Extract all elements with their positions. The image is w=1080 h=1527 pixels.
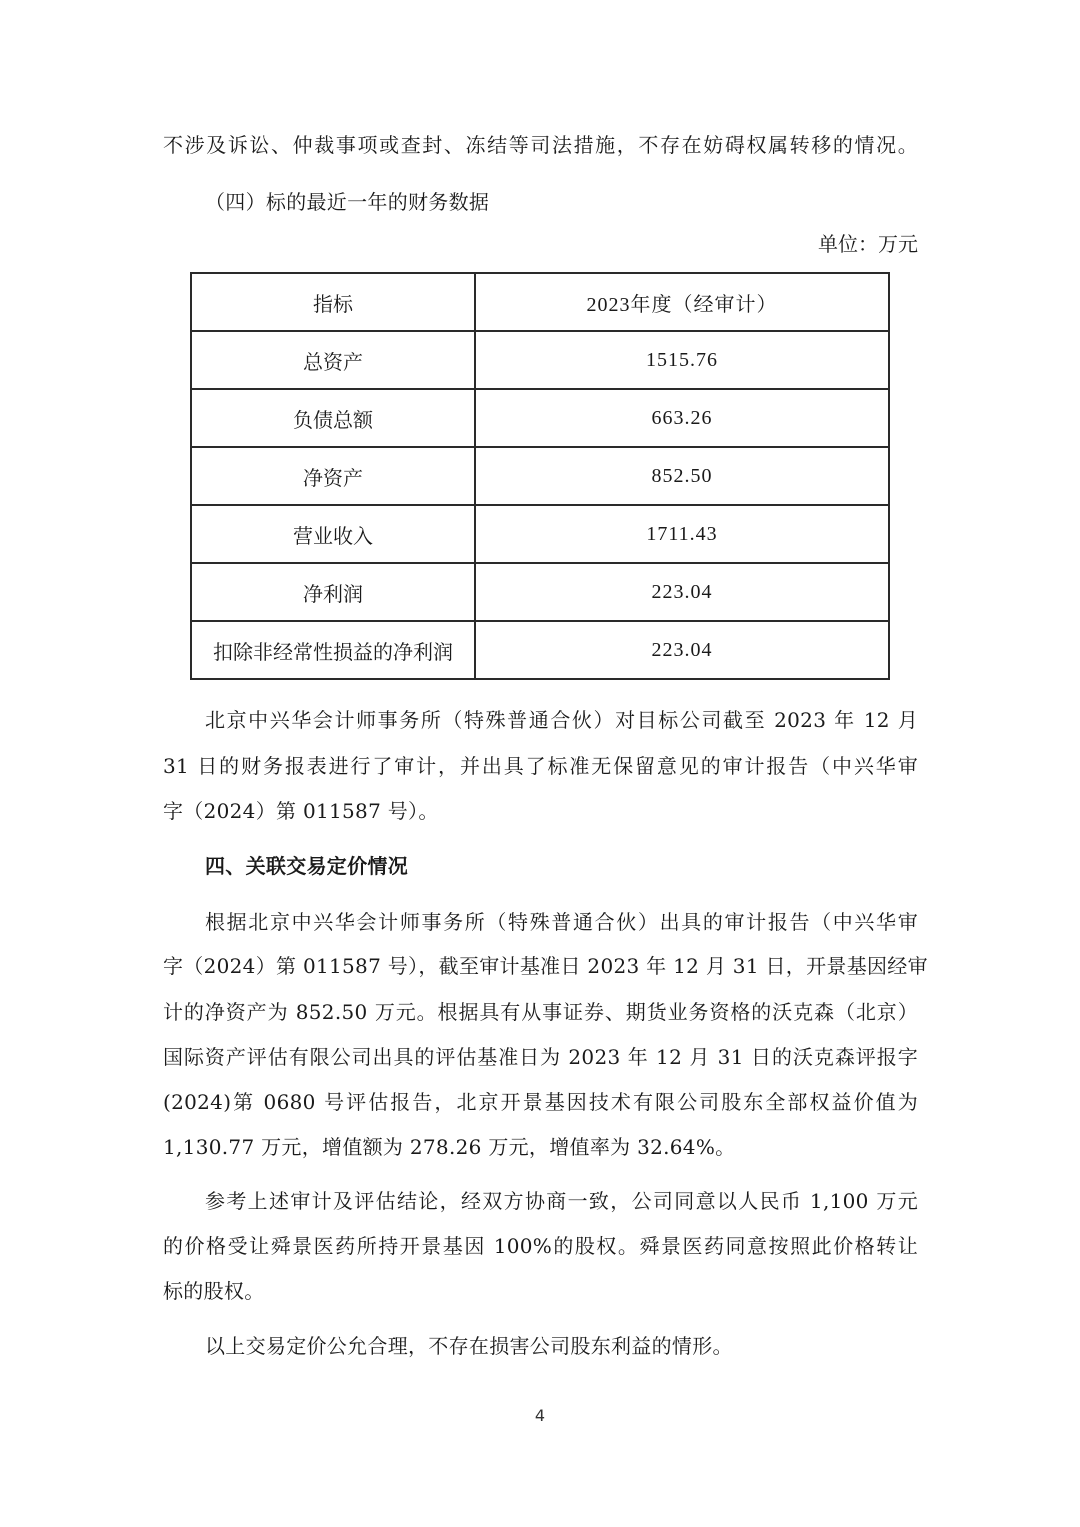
table-row: 净资产 852.50 <box>191 447 889 505</box>
row-value: 852.50 <box>475 447 889 505</box>
header-indicator: 指标 <box>191 273 475 331</box>
header-year: 2023年度（经审计） <box>475 273 889 331</box>
agreement-paragraph-line: 标的股权。 <box>163 1277 918 1305</box>
pricing-paragraph-line: 1,130.77 万元，增值额为 278.26 万元，增值率为 32.64%。 <box>163 1133 918 1161</box>
audit-paragraph-line: 31 日的财务报表进行了审计，并出具了标准无保留意见的审计报告（中兴华审 <box>163 752 918 780</box>
pricing-paragraph-line: (2024)第 0680 号评估报告，北京开景基因技术有限公司股东全部权益价值为 <box>163 1088 918 1116</box>
pricing-paragraph-line: 计的净资产为 852.50 万元。根据具有从事证券、期货业务资格的沃克森（北京） <box>163 998 918 1026</box>
page-number: 4 <box>0 1406 1080 1425</box>
pricing-paragraph-line: 字（2024）第 011587 号），截至审计基准日 2023 年 12 月 3… <box>163 952 918 980</box>
audit-paragraph-line: 北京中兴华会计师事务所（特殊普通合伙）对目标公司截至 2023 年 12 月 <box>205 706 918 734</box>
row-label: 扣除非经常性损益的净利润 <box>191 621 475 679</box>
document-page: 不涉及诉讼、仲裁事项或查封、冻结等司法措施，不存在妨碍权属转移的情况。 （四）标… <box>0 0 1080 1527</box>
row-label: 总资产 <box>191 331 475 389</box>
pricing-paragraph-line: 根据北京中兴华会计师事务所（特殊普通合伙）出具的审计报告（中兴华审 <box>205 908 918 936</box>
pricing-paragraph-line: 国际资产评估有限公司出具的评估基准日为 2023 年 12 月 31 日的沃克森… <box>163 1043 918 1071</box>
audit-paragraph-line: 字（2024）第 011587 号）。 <box>163 797 918 825</box>
row-label: 营业收入 <box>191 505 475 563</box>
table-row: 总资产 1515.76 <box>191 331 889 389</box>
row-label: 负债总额 <box>191 389 475 447</box>
unit-label: 单位：万元 <box>818 230 918 258</box>
row-value: 223.04 <box>475 563 889 621</box>
table-row: 负债总额 663.26 <box>191 389 889 447</box>
table-header-row: 指标 2023年度（经审计） <box>191 273 889 331</box>
row-value: 1515.76 <box>475 331 889 389</box>
agreement-paragraph-line: 参考上述审计及评估结论，经双方协商一致，公司同意以人民币 1,100 万元 <box>205 1187 918 1215</box>
row-value: 1711.43 <box>475 505 889 563</box>
row-value: 663.26 <box>475 389 889 447</box>
row-label: 净资产 <box>191 447 475 505</box>
table-row: 净利润 223.04 <box>191 563 889 621</box>
subsection-title: （四）标的最近一年的财务数据 <box>205 188 918 216</box>
financial-data-table: 指标 2023年度（经审计） 总资产 1515.76 负债总额 663.26 净… <box>190 272 890 680</box>
section-heading: 四、关联交易定价情况 <box>205 852 918 880</box>
row-label: 净利润 <box>191 563 475 621</box>
agreement-paragraph-line: 的价格受让舜景医药所持开景基因 100%的股权。舜景医药同意按照此价格转让 <box>163 1232 918 1260</box>
table-row: 扣除非经常性损益的净利润 223.04 <box>191 621 889 679</box>
table-row: 营业收入 1711.43 <box>191 505 889 563</box>
row-value: 223.04 <box>475 621 889 679</box>
conclusion-paragraph: 以上交易定价公允合理，不存在损害公司股东利益的情形。 <box>205 1332 918 1360</box>
continuation-line: 不涉及诉讼、仲裁事项或查封、冻结等司法措施，不存在妨碍权属转移的情况。 <box>163 131 918 159</box>
